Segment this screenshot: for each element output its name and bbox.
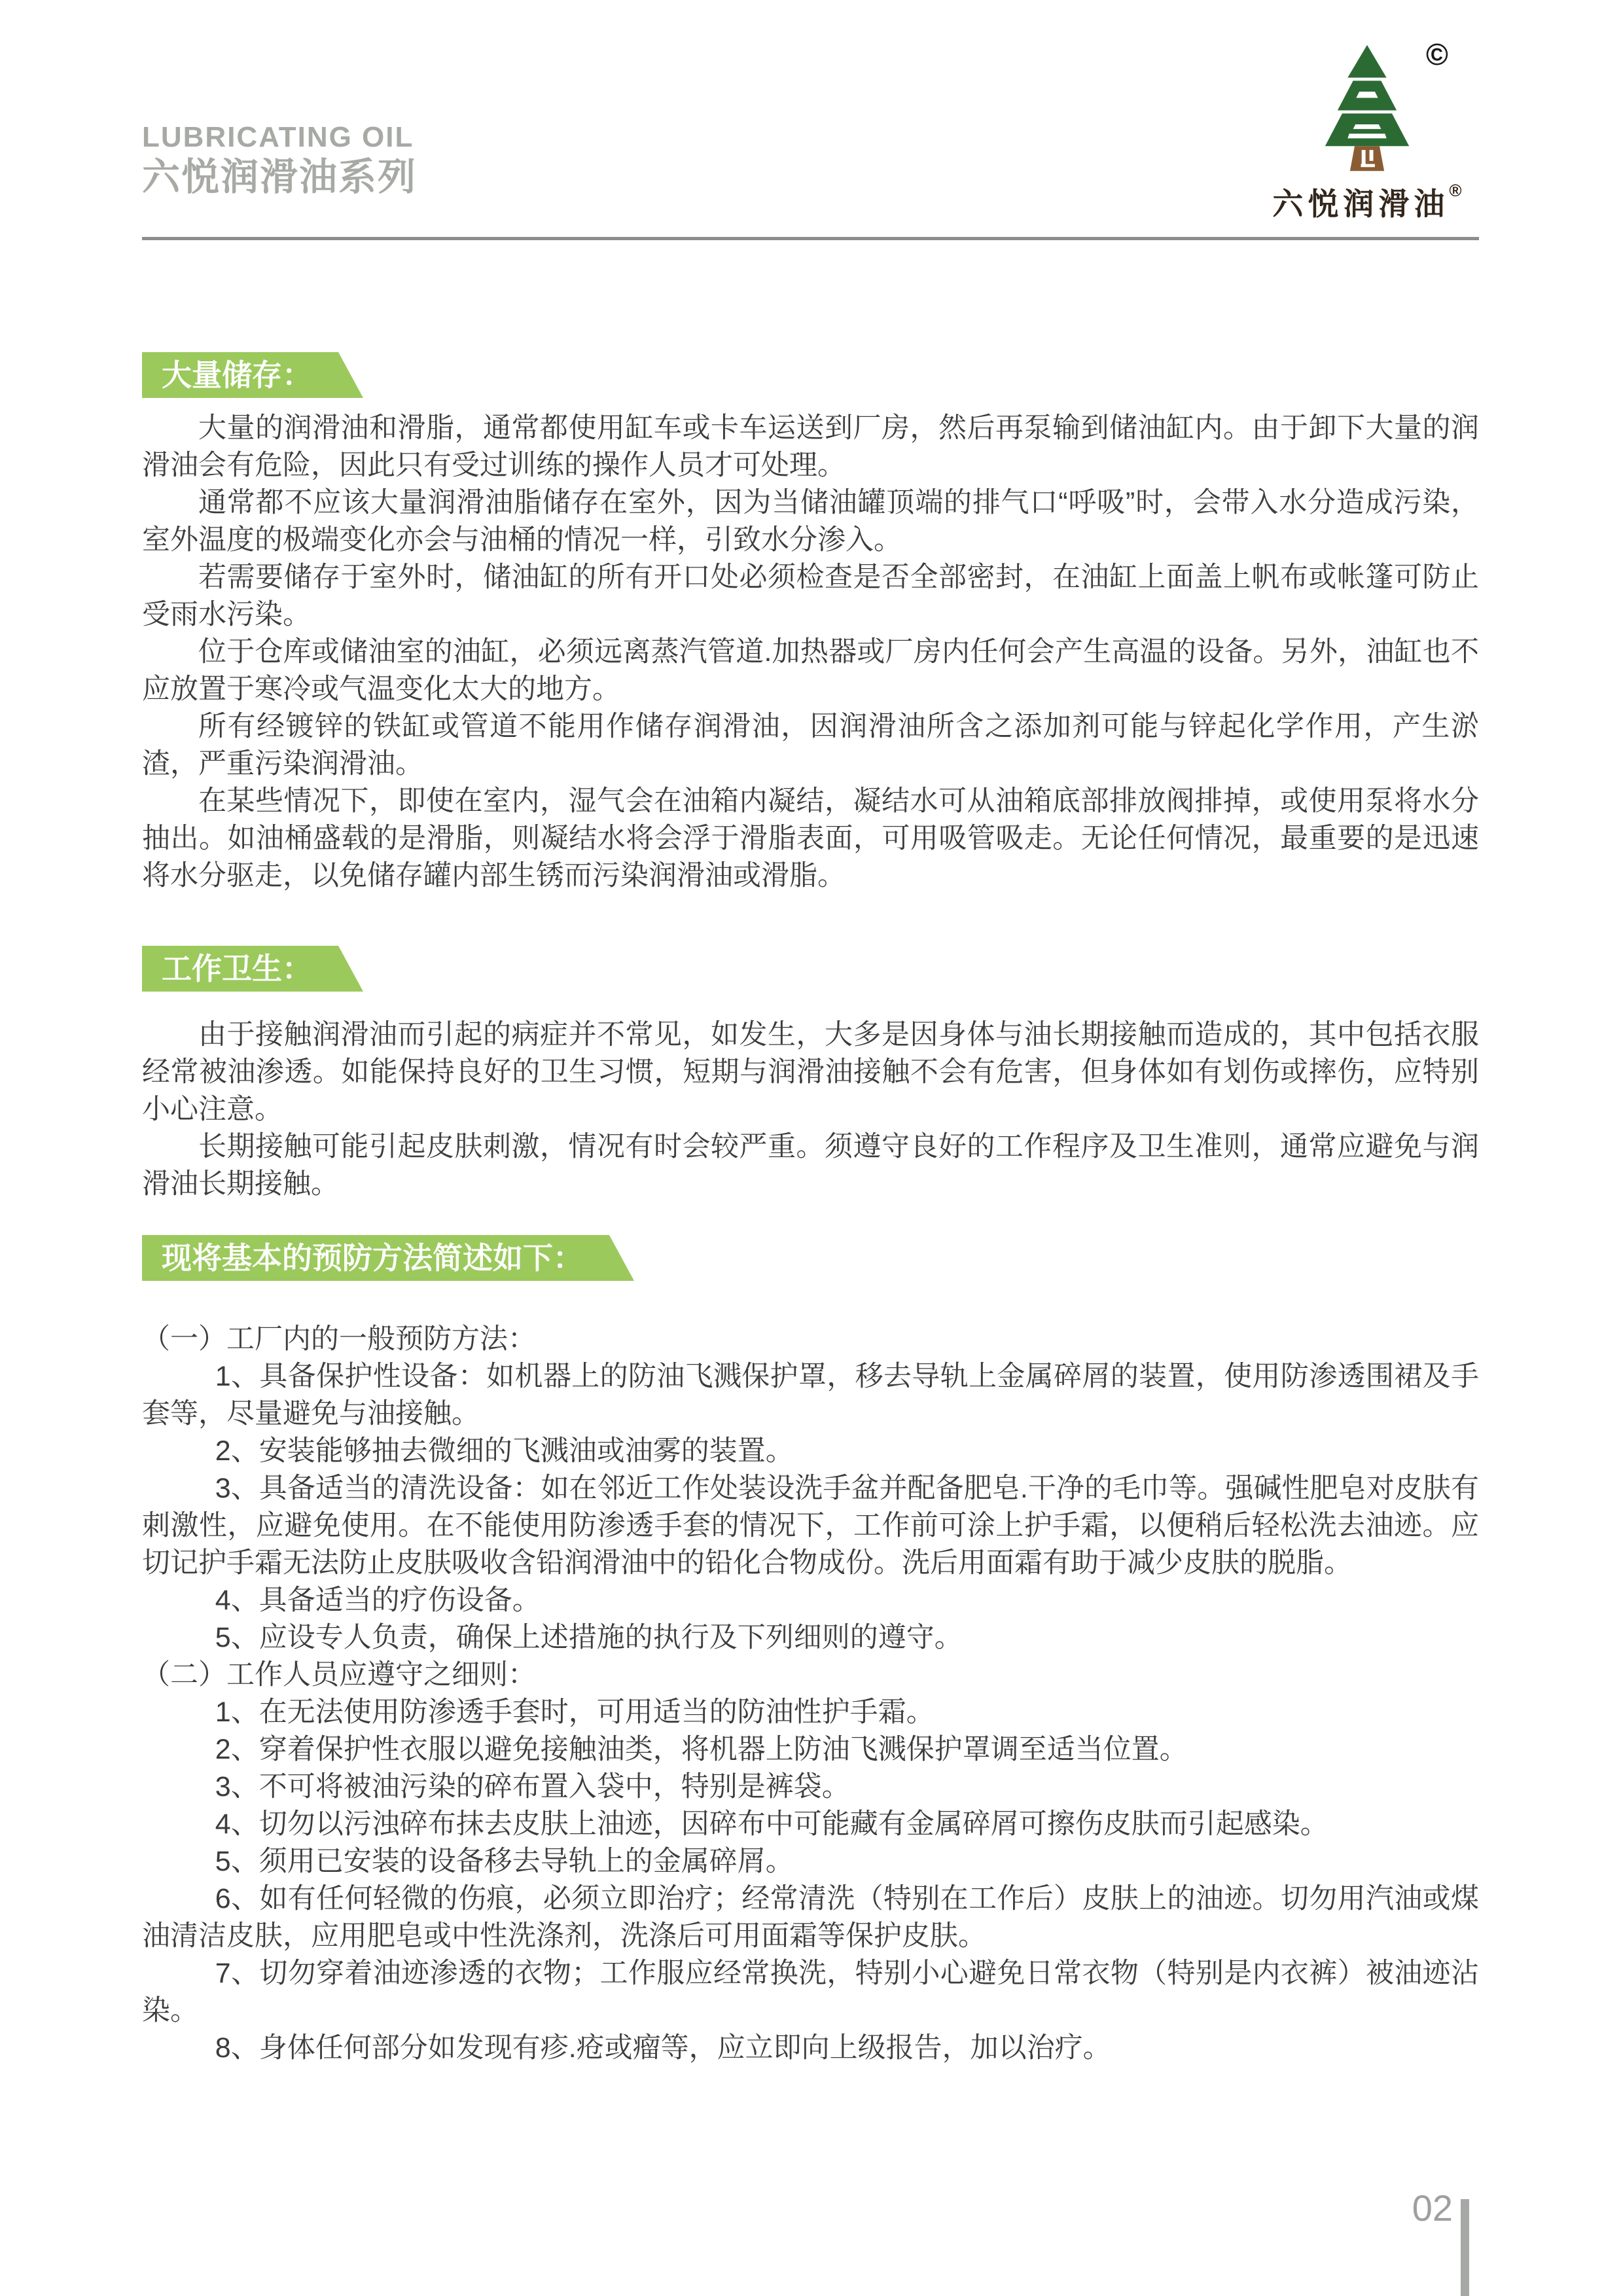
list-group-label: （一）工厂内的一般预防方法： xyxy=(142,1321,1479,1358)
numbered-item: 2、穿着保护性衣服以避免接触油类，将机器上防油飞溅保护罩调至适当位置。 xyxy=(142,1731,1479,1768)
numbered-item: 1、具备保护性设备：如机器上的防油飞溅保护罩，移去导轨上金属碎屑的装置，使用防渗… xyxy=(142,1358,1479,1433)
numbered-item: 8、身体任何部分如发现有疹.疮或瘤等，应立即向上级报告，加以治疗。 xyxy=(142,2030,1479,2067)
list-group-label: （二）工作人员应遵守之细则： xyxy=(142,1657,1479,1694)
paragraph: 位于仓库或储油室的油缸，必须远离蒸汽管道.加热器或厂房内任何会产生高温的设备。另… xyxy=(142,634,1479,708)
paragraph: 长期接触可能引起皮肤刺激，情况有时会较严重。须遵守良好的工作程序及卫生准则，通常… xyxy=(142,1128,1479,1203)
page-title-cn: 六悦润滑油系列 xyxy=(142,156,417,200)
numbered-item: 4、具备适当的疗伤设备。 xyxy=(142,1582,1479,1619)
header-divider xyxy=(142,237,1479,240)
paragraph: 大量的润滑油和滑脂，通常都使用缸车或卡车运送到厂房，然后再泵输到储油缸内。由于卸… xyxy=(142,410,1479,484)
page-title-block: LUBRICATING OIL 六悦润滑油系列 xyxy=(142,122,417,200)
paragraph: 所有经镀锌的铁缸或管道不能用作储存润滑油，因润滑油所含之添加剂可能与锌起化学作用… xyxy=(142,708,1479,783)
section-work-hygiene: 由于接触润滑油而引起的病症并不常见，如发生，大多是因身体与油长期接触而造成的，其… xyxy=(142,1016,1479,1203)
brand-name-text: 六悦润滑油 xyxy=(1272,187,1449,221)
section-banner-prevention-methods: 现将基本的预防方法简述如下： xyxy=(142,1235,634,1281)
brand-logo: © 六悦润滑油® xyxy=(1266,42,1469,221)
page-title-en: LUBRICATING OIL xyxy=(142,122,417,153)
section-bulk-storage: 大量的润滑油和滑脂，通常都使用缸车或卡车运送到厂房，然后再泵输到储油缸内。由于卸… xyxy=(142,410,1479,895)
registered-icon: ® xyxy=(1449,181,1461,200)
page-header: LUBRICATING OIL 六悦润滑油系列 xyxy=(142,0,1479,240)
numbered-item: 6、如有任何轻微的伤痕，必须立即治疗；经常清洗（特别在工作后）皮肤上的油迹。切勿… xyxy=(142,1880,1479,1955)
pine-tree-icon: © xyxy=(1289,42,1446,174)
numbered-item: 3、不可将被油污染的碎布置入袋中，特别是裤袋。 xyxy=(142,1768,1479,1806)
paragraph: 通常都不应该大量润滑油脂储存在室外，因为当储油罐顶端的排气口“呼吸”时，会带入水… xyxy=(142,484,1479,559)
brand-name: 六悦润滑油® xyxy=(1266,181,1469,221)
numbered-item: 7、切勿穿着油迹渗透的衣物；工作服应经常换洗，特别小心避免日常衣物（特别是内衣裤… xyxy=(142,1955,1479,2030)
numbered-item: 5、须用已安装的设备移去导轨上的金属碎屑。 xyxy=(142,1843,1479,1880)
section-prevention-methods: （一）工厂内的一般预防方法： 1、具备保护性设备：如机器上的防油飞溅保护罩，移去… xyxy=(142,1321,1479,2067)
paragraph: 在某些情况下，即使在室内，湿气会在油箱内凝结，凝结水可从油箱底部排放阀排掉，或使… xyxy=(142,783,1479,895)
numbered-item: 4、切勿以污浊碎布抹去皮肤上油迹，因碎布中可能藏有金属碎屑可擦伤皮肤而引起感染。 xyxy=(142,1806,1479,1843)
document-page: LUBRICATING OIL 六悦润滑油系列 xyxy=(0,0,1621,2296)
copyright-icon: © xyxy=(1426,39,1448,69)
numbered-item: 1、在无法使用防渗透手套时，可用适当的防油性护手霜。 xyxy=(142,1694,1479,1731)
section-banner-work-hygiene: 工作卫生： xyxy=(142,946,363,992)
numbered-item: 3、具备适当的清洗设备：如在邻近工作处装设洗手盆并配备肥皂.干净的毛巾等。强碱性… xyxy=(142,1470,1479,1582)
numbered-item: 2、安装能够抽去微细的飞溅油或油雾的装置。 xyxy=(142,1433,1479,1470)
section-banner-bulk-storage: 大量储存： xyxy=(142,352,363,398)
paragraph: 由于接触润滑油而引起的病症并不常见，如发生，大多是因身体与油长期接触而造成的，其… xyxy=(142,1016,1479,1128)
page-number: 02 xyxy=(1412,2190,1453,2227)
paragraph: 若需要储存于室外时，储油缸的所有开口处必须检查是否全部密封，在油缸上面盖上帆布或… xyxy=(142,559,1479,634)
footer-bar xyxy=(1461,2199,1469,2296)
numbered-item: 5、应设专人负责，确保上述措施的执行及下列细则的遵守。 xyxy=(142,1619,1479,1657)
